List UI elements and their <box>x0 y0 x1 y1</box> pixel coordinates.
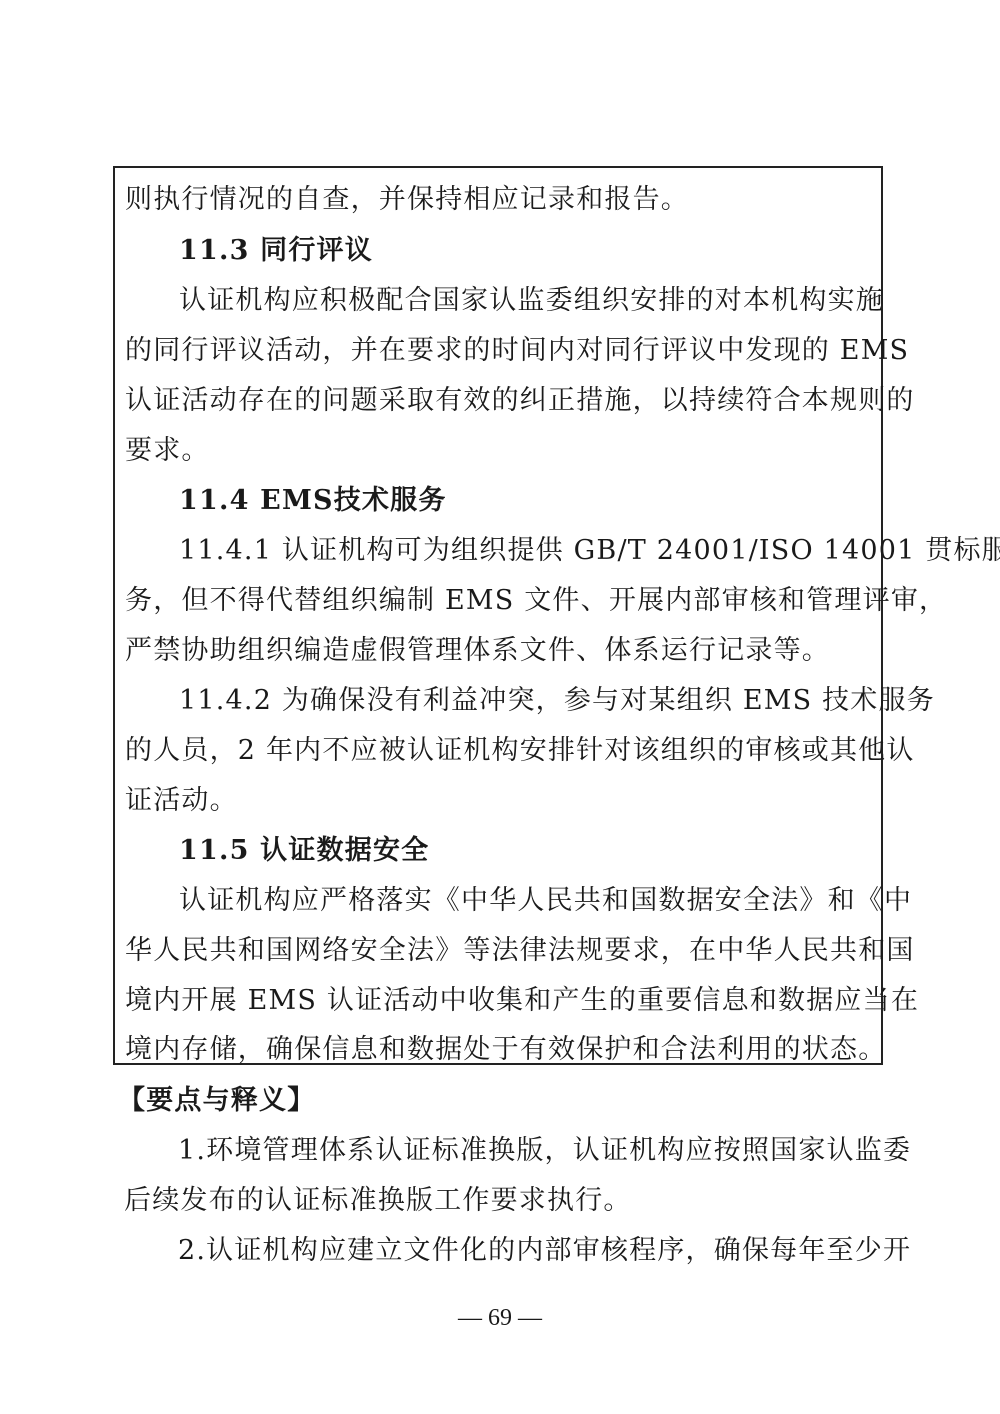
section-heading-11-3: 11.3 同行评议 <box>179 235 373 267</box>
notes-line: 1.环境管理体系认证标准换版，认证机构应按照国家认监委 <box>178 1135 911 1167</box>
paragraph-line: 的同行评议活动，并在要求的时间内对同行评议中发现的 EMS <box>125 335 909 367</box>
paragraph-line: 华人民共和国网络安全法》等法律法规要求，在中华人民共和国 <box>125 935 915 967</box>
boxed-rule-text: 则执行情况的自查，并保持相应记录和报告。 11.3 同行评议 认证机构应积极配合… <box>113 166 883 1065</box>
notes-line: 后续发布的认证标准换版工作要求执行。 <box>124 1185 632 1217</box>
paragraph-line: 务，但不得代替组织编制 EMS 文件、开展内部审核和管理评审， <box>125 585 947 617</box>
page-number: — 69 — <box>0 1305 1000 1332</box>
paragraph-line: 认证机构应积极配合国家认监委组织安排的对本机构实施 <box>179 285 884 317</box>
paragraph-line: 11.4.1 认证机构可为组织提供 GB/T 24001/ISO 14001 贯… <box>179 535 1000 567</box>
section-heading-11-4: 11.4 EMS技术服务 <box>179 485 447 517</box>
notes-line: 2.认证机构应建立文件化的内部审核程序，确保每年至少开 <box>178 1235 911 1267</box>
paragraph-line: 认证活动存在的问题采取有效的纠正措施，以持续符合本规则的 <box>125 385 915 417</box>
paragraph-line: 严禁协助组织编造虚假管理体系文件、体系运行记录等。 <box>125 635 830 667</box>
paragraph-line: 则执行情况的自查，并保持相应记录和报告。 <box>125 184 689 216</box>
paragraph-line: 认证机构应严格落实《中华人民共和国数据安全法》和《中 <box>179 885 912 917</box>
paragraph-line: 11.4.2 为确保没有利益冲突，参与对某组织 EMS 技术服务 <box>179 685 935 717</box>
paragraph-line: 境内开展 EMS 认证活动中收集和产生的重要信息和数据应当在 <box>125 985 919 1017</box>
paragraph-line: 境内存储，确保信息和数据处于有效保护和合法利用的状态。 <box>125 1034 886 1066</box>
paragraph-line: 证活动。 <box>125 785 238 817</box>
paragraph-line: 要求。 <box>125 435 210 467</box>
section-heading-11-5: 11.5 认证数据安全 <box>179 835 429 867</box>
notes-heading: 【要点与释义】 <box>118 1085 315 1117</box>
paragraph-line: 的人员，2 年内不应被认证机构安排针对该组织的审核或其他认 <box>125 735 915 767</box>
